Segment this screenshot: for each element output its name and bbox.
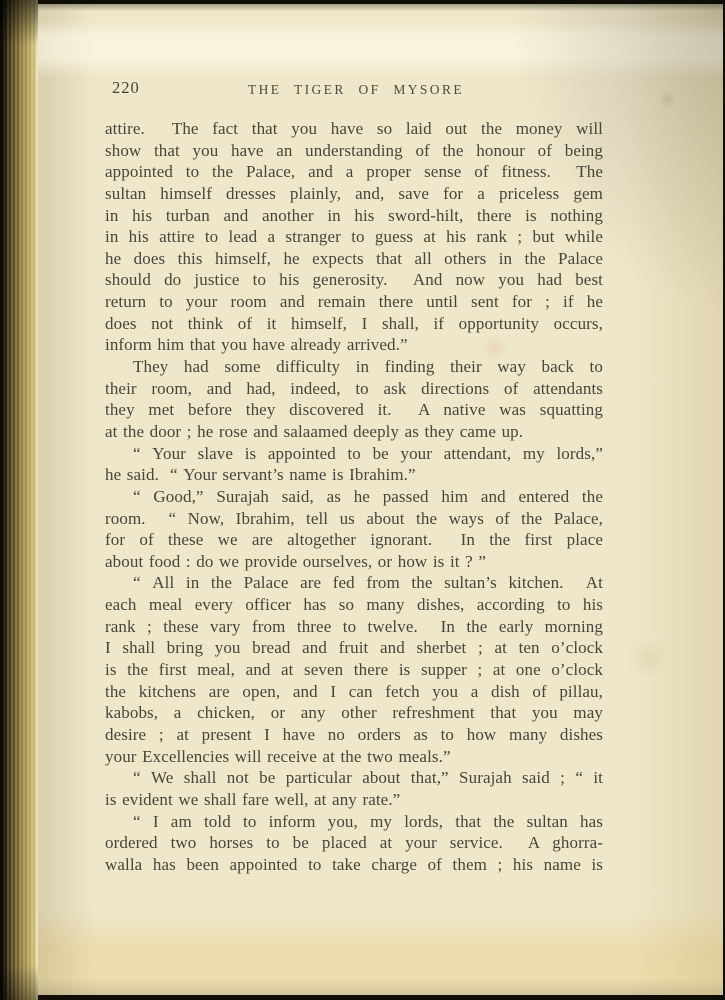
text-line: about food : do we provide ourselves, or… bbox=[105, 551, 603, 573]
text-line: kabobs, a chicken, or any other refreshm… bbox=[105, 702, 603, 724]
text-line: I shall bring you bread and fruit and sh… bbox=[105, 637, 603, 659]
text-line: “ Good,” Surajah said, as he passed him … bbox=[105, 486, 603, 508]
book-page: 220 THE TIGER OF MYSORE attire. The fact… bbox=[38, 4, 723, 995]
page-body-text: attire. The fact that you have so laid o… bbox=[105, 118, 603, 875]
text-line: in his attire to lead a stranger to gues… bbox=[105, 226, 603, 248]
text-line: attire. The fact that you have so laid o… bbox=[105, 118, 603, 140]
text-line: rank ; these vary from three to twelve. … bbox=[105, 616, 603, 638]
text-line: the kitchens are open, and I can fetch y… bbox=[105, 681, 603, 703]
text-line: he said. “ Your servant’s name is Ibrahi… bbox=[105, 464, 603, 486]
text-line: “ Your slave is appointed to be your att… bbox=[105, 443, 603, 465]
text-line: walla has been appointed to take charge … bbox=[105, 854, 603, 876]
text-line: room. “ Now, Ibrahim, tell us about the … bbox=[105, 508, 603, 530]
text-line: sultan himself dresses plainly, and, sav… bbox=[105, 183, 603, 205]
text-line: inform him that you have already arrived… bbox=[105, 334, 603, 356]
text-line: does not think of it himself, I shall, i… bbox=[105, 313, 603, 335]
page-number: 220 bbox=[112, 78, 140, 98]
text-line: is the first meal, and at seven there is… bbox=[105, 659, 603, 681]
text-line: he does this himself, he expects that al… bbox=[105, 248, 603, 270]
text-line: appointed to the Palace, and a proper se… bbox=[105, 161, 603, 183]
text-line: desire ; at present I have no orders as … bbox=[105, 724, 603, 746]
book-photo: 220 THE TIGER OF MYSORE attire. The fact… bbox=[0, 0, 725, 1000]
text-line: should do justice to his generosity. And… bbox=[105, 269, 603, 291]
text-line: return to your room and remain there unt… bbox=[105, 291, 603, 313]
text-line: each meal every officer has so many dish… bbox=[105, 594, 603, 616]
text-line: for of these we are altogether ignorant.… bbox=[105, 529, 603, 551]
text-line: show that you have an understanding of t… bbox=[105, 140, 603, 162]
running-title: THE TIGER OF MYSORE bbox=[248, 82, 464, 98]
text-line: ordered two horses to be placed at your … bbox=[105, 832, 603, 854]
book-page-edges bbox=[0, 0, 38, 1000]
text-line: in his turban and another in his sword-h… bbox=[105, 205, 603, 227]
text-line: your Excellencies will receive at the tw… bbox=[105, 746, 603, 768]
text-line: at the door ; he rose and salaamed deepl… bbox=[105, 421, 603, 443]
text-line: they met before they discovered it. A na… bbox=[105, 399, 603, 421]
text-line: “ We shall not be particular about that,… bbox=[105, 767, 603, 789]
text-line: “ I am told to inform you, my lords, tha… bbox=[105, 811, 603, 833]
text-line: their room, and had, indeed, to ask dire… bbox=[105, 378, 603, 400]
text-line: is evident we shall fare well, at any ra… bbox=[105, 789, 603, 811]
text-line: They had some difficulty in finding thei… bbox=[105, 356, 603, 378]
text-line: “ All in the Palace are fed from the sul… bbox=[105, 572, 603, 594]
